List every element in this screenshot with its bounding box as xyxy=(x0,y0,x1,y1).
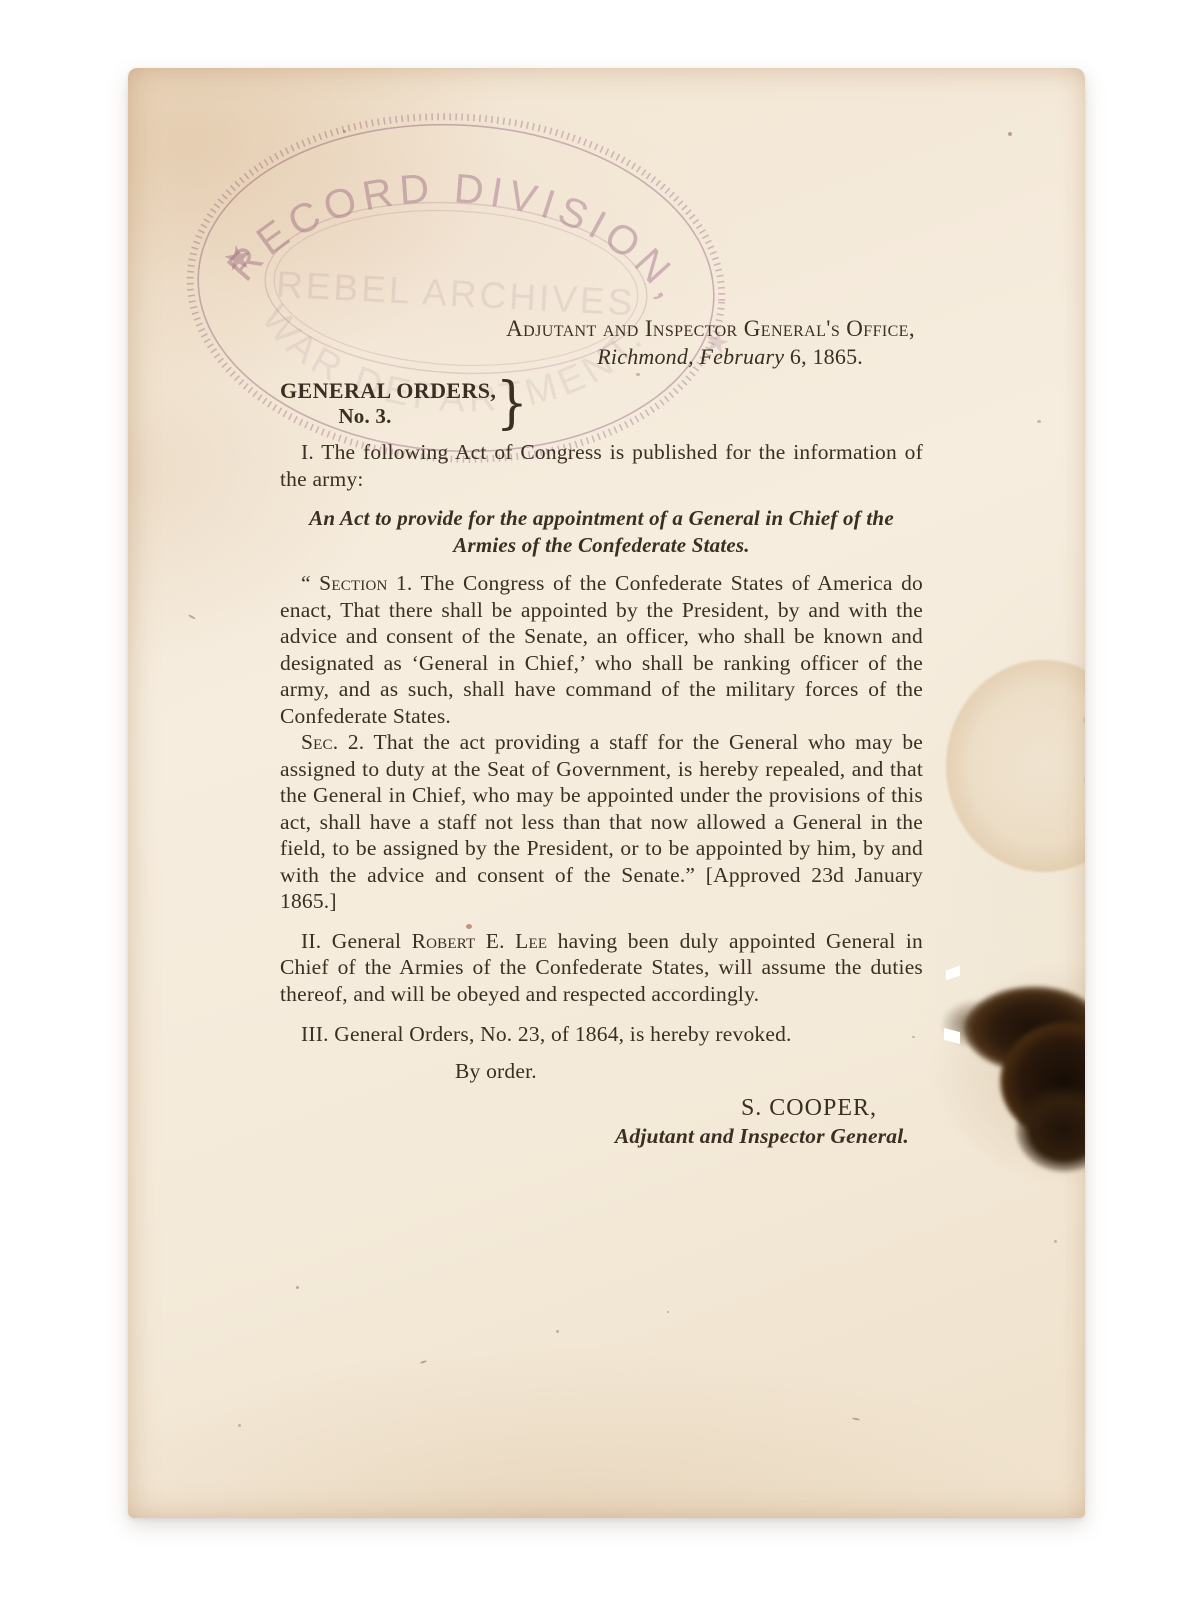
foxing-speck xyxy=(296,1286,299,1289)
burn-mark xyxy=(928,948,1085,1208)
signature-title: Adjutant and Inspector General. xyxy=(280,1123,923,1150)
section-1-label: “ Section 1. xyxy=(301,571,412,595)
date-roman: 6, 1865. xyxy=(784,344,863,369)
foxing-speck xyxy=(556,1330,559,1333)
paragraph-iii: III. General Orders, No. 23, of 1864, is… xyxy=(280,1021,923,1048)
scan-background: RECORD DIVISION, REBEL ARCHIVES WAR DEPA… xyxy=(0,0,1200,1600)
stamp-left-star-icon: ★ xyxy=(220,237,256,279)
foxing-speck xyxy=(912,1036,915,1038)
foxing-speck xyxy=(667,1311,669,1313)
date-line: Richmond, February 6, 1865. xyxy=(280,343,923,370)
act-title-line1: An Act to provide for the appointment of… xyxy=(280,505,923,532)
paragraph-ii: II. General Robert E. Lee having been du… xyxy=(280,928,923,1008)
foxing-speck xyxy=(420,1360,427,1364)
general-orders-label: GENERAL ORDERS, xyxy=(280,378,492,404)
stain-texture xyxy=(1076,708,1085,828)
order-number: No. 3. xyxy=(280,404,450,429)
foxing-speck xyxy=(343,130,346,133)
paragraph-i: I. The following Act of Congress is publ… xyxy=(280,439,923,492)
section-2-paragraph: Sec. 2. That the act providing a staff f… xyxy=(280,729,923,915)
paragraph-ii-pre: II. General xyxy=(301,929,412,953)
water-stain xyxy=(946,660,1085,872)
by-order-line: By order. xyxy=(280,1058,923,1085)
section-2-text: That the act providing a staff for the G… xyxy=(280,730,923,913)
foxing-speck xyxy=(238,1424,241,1427)
foxing-speck xyxy=(585,549,588,552)
general-orders-heading: GENERAL ORDERS, No. 3. } xyxy=(280,376,923,430)
order-text-block: Adjutant and Inspector General's Office,… xyxy=(280,314,923,1150)
place-date-italic: Richmond, February xyxy=(597,344,784,369)
foxing-speck xyxy=(1054,1240,1057,1243)
office-line: Adjutant and Inspector General's Office, xyxy=(280,314,923,343)
foxing-speck xyxy=(1008,132,1012,136)
robert-e-lee-name: Robert E. Lee xyxy=(412,929,548,953)
foxing-speck xyxy=(1037,420,1041,423)
document-page: RECORD DIVISION, REBEL ARCHIVES WAR DEPA… xyxy=(128,68,1085,1518)
brace-glyph: } xyxy=(496,375,528,431)
foxing-speck xyxy=(466,924,472,929)
act-title-line2: Armies of the Confederate States. xyxy=(280,532,923,559)
section-1-paragraph: “ Section 1. The Congress of the Confede… xyxy=(280,570,923,729)
section-2-label: Sec. 2. xyxy=(301,730,364,754)
signature-name: S. COOPER, xyxy=(280,1093,923,1123)
foxing-speck xyxy=(188,614,196,620)
act-title: An Act to provide for the appointment of… xyxy=(280,505,923,558)
foxing-speck xyxy=(852,1417,860,1421)
foxing-speck xyxy=(636,373,640,376)
